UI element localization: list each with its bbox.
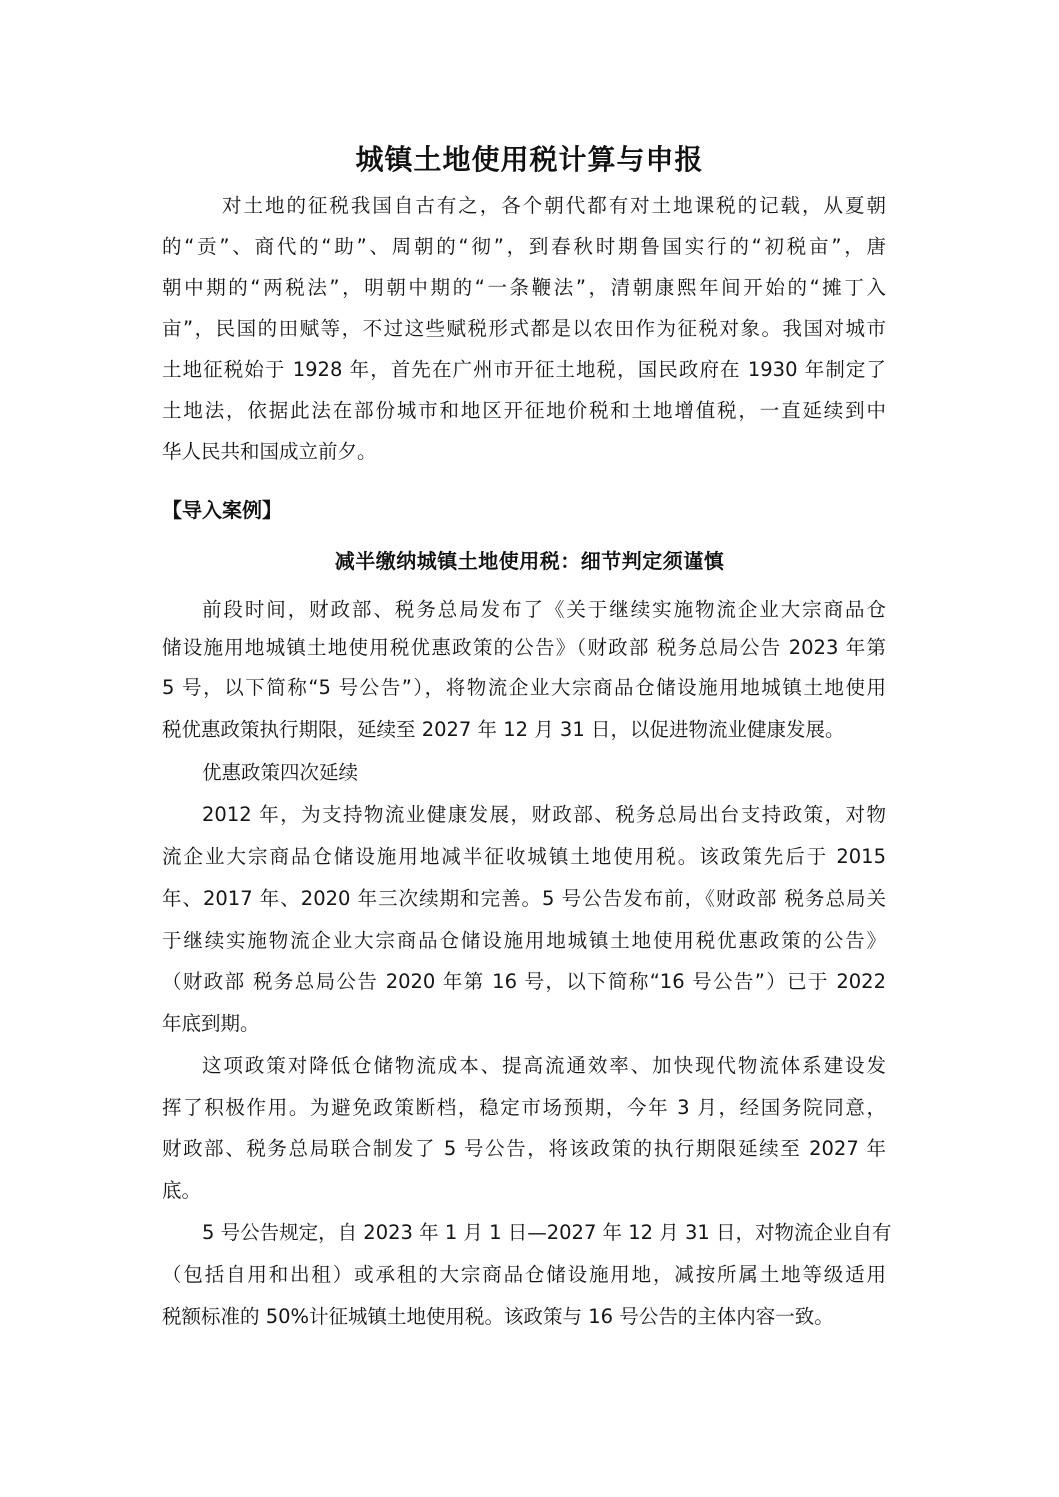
case-title: 减半缴纳城镇土地使用税：细节判定须谨慎 <box>0 545 1059 574</box>
case-paragraph-line: 年底到期。 <box>162 1012 886 1036</box>
intro-line: 的“贡”、商代的“助”、周朝的“彻”，到春秋时期鲁国实行的“初税亩”，唐 <box>162 235 886 259</box>
document-title: 城镇土地使用税计算与申报 <box>0 138 1059 178</box>
case-paragraph-line: （包括自用和出租）或承租的大宗商品仓储设施用地，减按所属土地等级适用 <box>162 1263 886 1287</box>
intro-line: 华人民共和国成立前夕。 <box>162 440 886 464</box>
case-paragraph-line: 这项政策对降低仓储物流成本、提高流通效率、加快现代物流体系建设发 <box>202 1054 886 1078</box>
case-paragraph-line: 5 号，以下简称“5 号公告”），将物流企业大宗商品仓储设施用地城镇土地使用 <box>162 676 886 700</box>
case-paragraph-line: 税额标准的 50%计征城镇土地使用税。该政策与 16 号公告的主体内容一致。 <box>162 1305 886 1329</box>
case-paragraph-line: 于继续实施物流企业大宗商品仓储设施用地城镇土地使用税优惠政策的公告》 <box>162 929 886 953</box>
intro-line: 朝中期的“两税法”，明朝中期的“一条鞭法”，清朝康熙年间开始的“摊丁入 <box>162 276 886 300</box>
intro-line: 亩”，民国的田赋等，不过这些赋税形式都是以农田作为征税对象。我国对城市 <box>162 317 886 341</box>
case-paragraph-line: 2012 年，为支持物流业健康发展，财政部、税务总局出台支持政策，对物 <box>202 803 886 827</box>
case-subheading: 优惠政策四次延续 <box>202 761 886 785</box>
case-paragraph-line: 年、2017 年、2020 年三次续期和完善。5 号公告发布前，《财政部 税务总… <box>162 887 886 911</box>
case-paragraph-line: 流企业大宗商品仓储设施用地减半征收城镇土地使用税。该政策先后于 2015 <box>162 845 886 869</box>
intro-line: 土地法，依据此法在部份城市和地区开征地价税和土地增值税，一直延续到中 <box>162 399 886 423</box>
intro-line: 对土地的征税我国自古有之，各个朝代都有对土地课税的记载，从夏朝 <box>222 194 886 218</box>
section-label-case: 【导入案例】 <box>162 494 282 523</box>
case-paragraph-line: 税优惠政策执行期限，延续至 2027 年 12 月 31 日，以促进物流业健康发… <box>162 718 886 742</box>
case-paragraph-line: 储设施用地城镇土地使用税优惠政策的公告》（财政部 税务总局公告 2023 年第 <box>162 636 886 660</box>
case-paragraph-line: （财政部 税务总局公告 2020 年第 16 号，以下简称“16 号公告”）已于… <box>162 970 886 994</box>
case-paragraph-line: 前段时间，财政部、税务总局发布了《关于继续实施物流企业大宗商品仓 <box>202 598 886 622</box>
document-page: 城镇土地使用税计算与申报 对土地的征税我国自古有之，各个朝代都有对土地课税的记载… <box>0 0 1059 1497</box>
case-paragraph-line: 挥了积极作用。为避免政策断档，稳定市场预期，今年 3 月，经国务院同意， <box>162 1096 886 1120</box>
case-paragraph-line: 财政部、税务总局联合制发了 5 号公告，将该政策的执行期限延续至 2027 年 <box>162 1137 886 1161</box>
case-paragraph-line: 底。 <box>162 1179 886 1203</box>
intro-line: 土地征税始于 1928 年，首先在广州市开征土地税，国民政府在 1930 年制定… <box>162 358 886 382</box>
case-paragraph-line: 5 号公告规定，自 2023 年 1 月 1 日—2027 年 12 月 31 … <box>202 1221 886 1245</box>
